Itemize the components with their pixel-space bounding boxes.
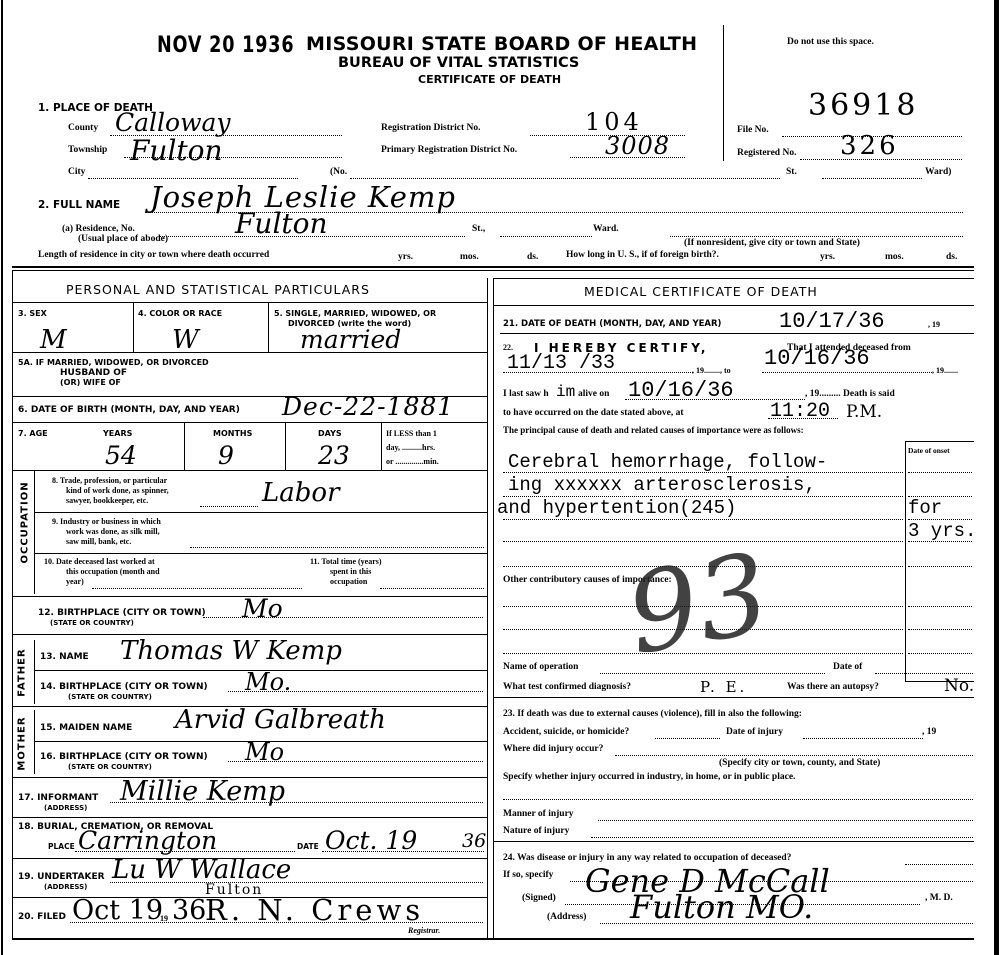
father-bracket (34, 640, 35, 704)
row-line (34, 553, 487, 554)
row-line (493, 841, 974, 842)
months-label: MONTHS (213, 429, 252, 438)
father-name-label: 13. NAME (40, 652, 89, 662)
burial-date-label: DATE (297, 842, 319, 851)
age-label: 7. AGE (18, 429, 48, 438)
medical-section-title: MEDICAL CERTIFICATE OF DEATH (584, 284, 818, 299)
form-title: MISSOURI STATE BOARD OF HEALTH (306, 33, 697, 55)
mother-birthplace-value: Mo (245, 738, 284, 766)
foreign-yrs: yrs. (820, 252, 835, 262)
dod-label: 21. DATE OF DEATH (MONTH, DAY, AND YEAR) (503, 319, 721, 329)
st-label: St. (786, 167, 797, 177)
col-divider (184, 422, 185, 470)
nature-line (591, 837, 973, 838)
father-birthplace-sub: (STATE OR COUNTRY) (68, 693, 152, 701)
marital-value: married (300, 325, 401, 354)
reg-district-label: Registration District No. (381, 123, 480, 133)
where-sub-label: (Specify city or town, county, and State… (719, 758, 880, 768)
trade-label-2: kind of work done, as spinner, (66, 486, 169, 495)
dob-label: 6. DATE OF BIRTH (MONTH, DAY, AND YEAR) (18, 405, 240, 415)
injury-date-label: Date of injury (726, 727, 783, 737)
cause-line-2: ing xxxxxx arterosclerosis, (508, 474, 816, 496)
spouse-label-3: (OR) WIFE OF (60, 378, 121, 387)
alive-on-label: alive on (578, 389, 609, 399)
residence-ward-label: Ward. (593, 224, 619, 234)
section-divider-top2 (12, 270, 974, 271)
accident-label: Accident, suicide, or homicide? (503, 727, 629, 737)
trade-label-3: sawyer, bookkeeper, etc. (66, 496, 148, 505)
date-onset-label: Date of onset (908, 446, 950, 455)
specify-line (503, 799, 973, 800)
no-label: (No. (330, 167, 347, 177)
cause-intro-label: The principal cause of death and related… (503, 425, 804, 435)
spouse-label-2: HUSBAND OF (60, 368, 127, 378)
row-line (493, 305, 974, 306)
trade-value: Labor (262, 478, 340, 508)
onset-line (908, 566, 972, 567)
birthplace-label: 12. BIRTHPLACE (CITY OR TOWN) (38, 608, 206, 618)
operation-label: Name of operation (503, 662, 578, 672)
cause-line-3: and hypertention(245) (497, 497, 736, 519)
filed-label: 20. FILED (18, 912, 66, 922)
dod-value: 10/17/36 (779, 309, 885, 334)
onset-value-1: for (908, 497, 942, 519)
personal-section-title: PERSONAL AND STATISTICAL PARTICULARS (66, 282, 370, 297)
file-number-stamp: 36918 (808, 88, 918, 123)
ward-line (822, 178, 922, 179)
length-ds: ds. (527, 252, 538, 262)
industry-line (190, 547, 484, 548)
cause-line-1: Cerebral hemorrhage, follow- (508, 451, 827, 473)
registered-no-label: Registered No. (737, 148, 796, 158)
row-line (12, 634, 487, 635)
birthplace-value: Mo (242, 594, 283, 623)
mother-vertical-label: MOTHER (17, 714, 28, 774)
occupation-bracket (34, 470, 35, 594)
onset-box-left (905, 441, 906, 681)
occupation-vertical-label: OCCUPATION (20, 494, 31, 564)
medical-top-line (493, 278, 974, 279)
row-line (500, 333, 974, 334)
birthplace-sub-label: (STATE OR COUNTRY) (50, 619, 134, 627)
father-name-value: Thomas W Kemp (120, 636, 342, 666)
informant-sub: (ADDRESS) (44, 804, 87, 812)
onset-line (908, 629, 972, 630)
total-time-line (380, 588, 484, 589)
mother-bracket (34, 710, 35, 774)
burial-year-value: 36 (462, 830, 486, 852)
residence-value: Fulton (235, 207, 328, 240)
age-months-value: 9 (218, 441, 234, 470)
header-divider (723, 25, 724, 161)
where-label: Where did injury occur? (503, 744, 603, 754)
ward-label: Ward) (925, 167, 951, 177)
full-name-label: 2. FULL NAME (38, 199, 120, 211)
accident-line (655, 738, 720, 739)
time-of-death-value: 11:20 (770, 400, 830, 423)
address-label: (Address) (547, 912, 586, 922)
sex-value: M (40, 325, 67, 355)
informant-value: Millie Kemp (120, 776, 285, 807)
filed-date-value: Oct 19 (72, 895, 163, 926)
nature-label: Nature of injury (503, 826, 569, 836)
father-birthplace-value: Mo. (245, 668, 291, 696)
father-birthplace-label: 14. BIRTHPLACE (CITY OR TOWN) (40, 682, 208, 692)
trade-label: 8. Trade, profession, or particular (52, 476, 167, 485)
certify-number: 22. (503, 343, 513, 352)
days-label: DAYS (318, 429, 342, 438)
scan-edge-left (1, 0, 3, 955)
row-line (12, 817, 487, 818)
specify-label: Specify whether injury occurred in indus… (503, 772, 795, 782)
onset-line (908, 653, 972, 654)
age-days-value: 23 (318, 441, 350, 470)
residence-label: (a) Residence, No. (62, 224, 135, 234)
row-line (34, 512, 487, 513)
mother-birthplace-sub: (STATE OR COUNTRY) (68, 763, 152, 771)
death-said-label: , 19......... Death is said (805, 389, 895, 399)
total-time-label: 11. Total time (years) (310, 557, 382, 566)
col-divider (133, 302, 134, 352)
last-worked-line (92, 588, 302, 589)
injury-19-label: , 19 (922, 727, 936, 737)
undertaker-value: Lu W Wallace (112, 855, 291, 885)
onset-line (908, 606, 972, 607)
scan-edge-right (994, 0, 999, 955)
registrar-label: Registrar. (408, 926, 440, 935)
city-label: City (68, 167, 85, 177)
manner-line (598, 820, 973, 821)
spouse-label: 5A. IF MARRIED, WIDOWED, OR DIVORCED (18, 358, 209, 367)
col-divider (285, 422, 286, 470)
do-not-use-note: Do not use this space. (787, 37, 874, 47)
manner-label: Manner of injury (503, 809, 574, 819)
primary-reg-value: 3008 (605, 132, 670, 160)
length-mos: mos. (460, 252, 479, 262)
trade-line (200, 506, 258, 507)
received-date-stamp: NOV 20 1936 (157, 33, 294, 58)
onset-value-2: 3 yrs. (908, 520, 976, 542)
residence-sub-label: (Usual place of abode) (78, 234, 168, 244)
burial-date-value: Oct. 19 (325, 826, 417, 855)
race-label: 4. COLOR OR RACE (138, 309, 222, 318)
city-line (88, 178, 298, 179)
autopsy-label: Was there an autopsy? (787, 682, 879, 692)
col-divider (268, 302, 269, 352)
age-years-value: 54 (105, 441, 137, 470)
less-than-label: If LESS than 1 (386, 429, 437, 438)
last-saw-pronoun: im (556, 383, 575, 401)
last-worked-label: 10. Date deceased last worked at (44, 557, 155, 566)
row-line (12, 422, 487, 423)
attended-to-label: , 19........, to (692, 366, 731, 375)
nonresident-note: (If nonresident, give city or town and S… (684, 238, 860, 248)
nonresident-line (670, 236, 963, 237)
occurred-label: to have occurred on the date stated abov… (503, 408, 684, 418)
residence-ward-line (500, 236, 592, 237)
test-value: P. E. (700, 678, 747, 696)
total-time-label-3: occupation (330, 577, 367, 586)
row-line (493, 697, 974, 698)
registrar-signature: R. N. Crews (205, 893, 424, 927)
foreign-ds: ds. (946, 252, 957, 262)
mother-name-label: 15. MAIDEN NAME (40, 723, 132, 733)
onset-line (908, 472, 972, 473)
cause-line (503, 519, 903, 520)
row-line (12, 470, 487, 471)
township-label: Township (68, 145, 107, 155)
filed-19-label: 19 (160, 914, 168, 923)
filed-year-value: 36 (172, 895, 206, 926)
time-line (768, 418, 838, 419)
residence-st-label: St., (472, 224, 485, 234)
attended-to-value: 10/16/36 (764, 346, 870, 371)
burial-place-label: PLACE (48, 842, 75, 851)
less-hrs-label: day, ..........hrs. (386, 443, 435, 452)
industry-label: 9. Industry or business in which (52, 517, 161, 526)
primary-reg-label: Primary Registration District No. (381, 145, 517, 155)
operation-date-label: Date of (833, 662, 862, 672)
foreign-mos: mos. (885, 252, 904, 262)
registered-no-value: 326 (840, 131, 899, 161)
if-so-label: If so, specify (503, 870, 553, 880)
county-label: County (68, 123, 98, 133)
left-border (12, 270, 13, 938)
attended-to-year: , 19....... (932, 366, 958, 375)
industry-label-2: work was done, as silk mill, (66, 527, 160, 536)
race-value: W (172, 325, 199, 355)
last-worked-label-3: year) (66, 577, 84, 586)
center-border-left (487, 278, 488, 938)
meridiem-value: P.M. (846, 402, 882, 422)
length-of-residence-label: Length of residence in city or town wher… (38, 250, 269, 260)
industry-label-3: saw mill, bank, etc. (66, 537, 131, 546)
less-min-label: or ..............min. (386, 457, 439, 466)
years-label: YEARS (103, 429, 132, 438)
length-yrs: yrs. (398, 252, 413, 262)
section-divider-top (12, 266, 974, 268)
col-divider (381, 422, 382, 470)
township-value: Fulton (130, 134, 223, 167)
injury-date-line (803, 738, 923, 739)
file-no-label: File No. (737, 125, 769, 135)
dob-value: Dec-22-1881 (282, 392, 454, 421)
md-label: , M. D. (925, 893, 953, 903)
father-vertical-label: FATHER (17, 643, 28, 703)
mother-birthplace-label: 16. BIRTHPLACE (CITY OR TOWN) (40, 752, 208, 762)
operation-date-line (875, 673, 973, 674)
county-value: Calloway (115, 108, 231, 137)
marital-label: 5. SINGLE, MARRIED, WIDOWED, OR (274, 309, 436, 318)
pencil-annotation: 93 (618, 529, 778, 679)
row-line (12, 352, 487, 353)
bottom-border (12, 938, 974, 940)
last-worked-label-2: this occupation (month and (66, 567, 160, 576)
attended-from-value: 11/13 /33 (507, 352, 615, 375)
operation-line (600, 673, 825, 674)
test-label: What test confirmed diagnosis? (503, 682, 631, 692)
burial-place-value: Carrington (78, 826, 217, 855)
dod-19-label: , 19 (928, 320, 940, 329)
signed-label: (Signed) (522, 893, 556, 903)
center-border-right (493, 278, 494, 938)
attended-to-line (762, 372, 932, 373)
physician-address: Fulton MO. (630, 888, 813, 926)
mother-name-value: Arvid Galbreath (175, 705, 386, 735)
form-subtitle: BUREAU OF VITAL STATISTICS (338, 55, 579, 71)
where-line (615, 755, 973, 756)
autopsy-value: No. (944, 676, 974, 696)
undertaker-label: 19. UNDERTAKER (18, 872, 105, 882)
foreign-birth-label: How long in U. S., if of foreign birth?. (566, 250, 719, 260)
street-line (350, 178, 780, 179)
onset-box-top (905, 441, 974, 442)
external-causes-label: 23. If death was due to external causes … (503, 709, 802, 719)
informant-label: 17. INFORMANT (18, 793, 98, 803)
last-saw-label: I last saw h (503, 389, 549, 399)
row-line (12, 302, 487, 303)
occupation-question-line (905, 864, 973, 865)
sex-label: 3. SEX (18, 309, 47, 318)
undertaker-sub: (ADDRESS) (44, 883, 87, 891)
form-name: CERTIFICATE OF DEATH (418, 73, 561, 86)
total-time-label-2: spent in this (330, 567, 371, 576)
